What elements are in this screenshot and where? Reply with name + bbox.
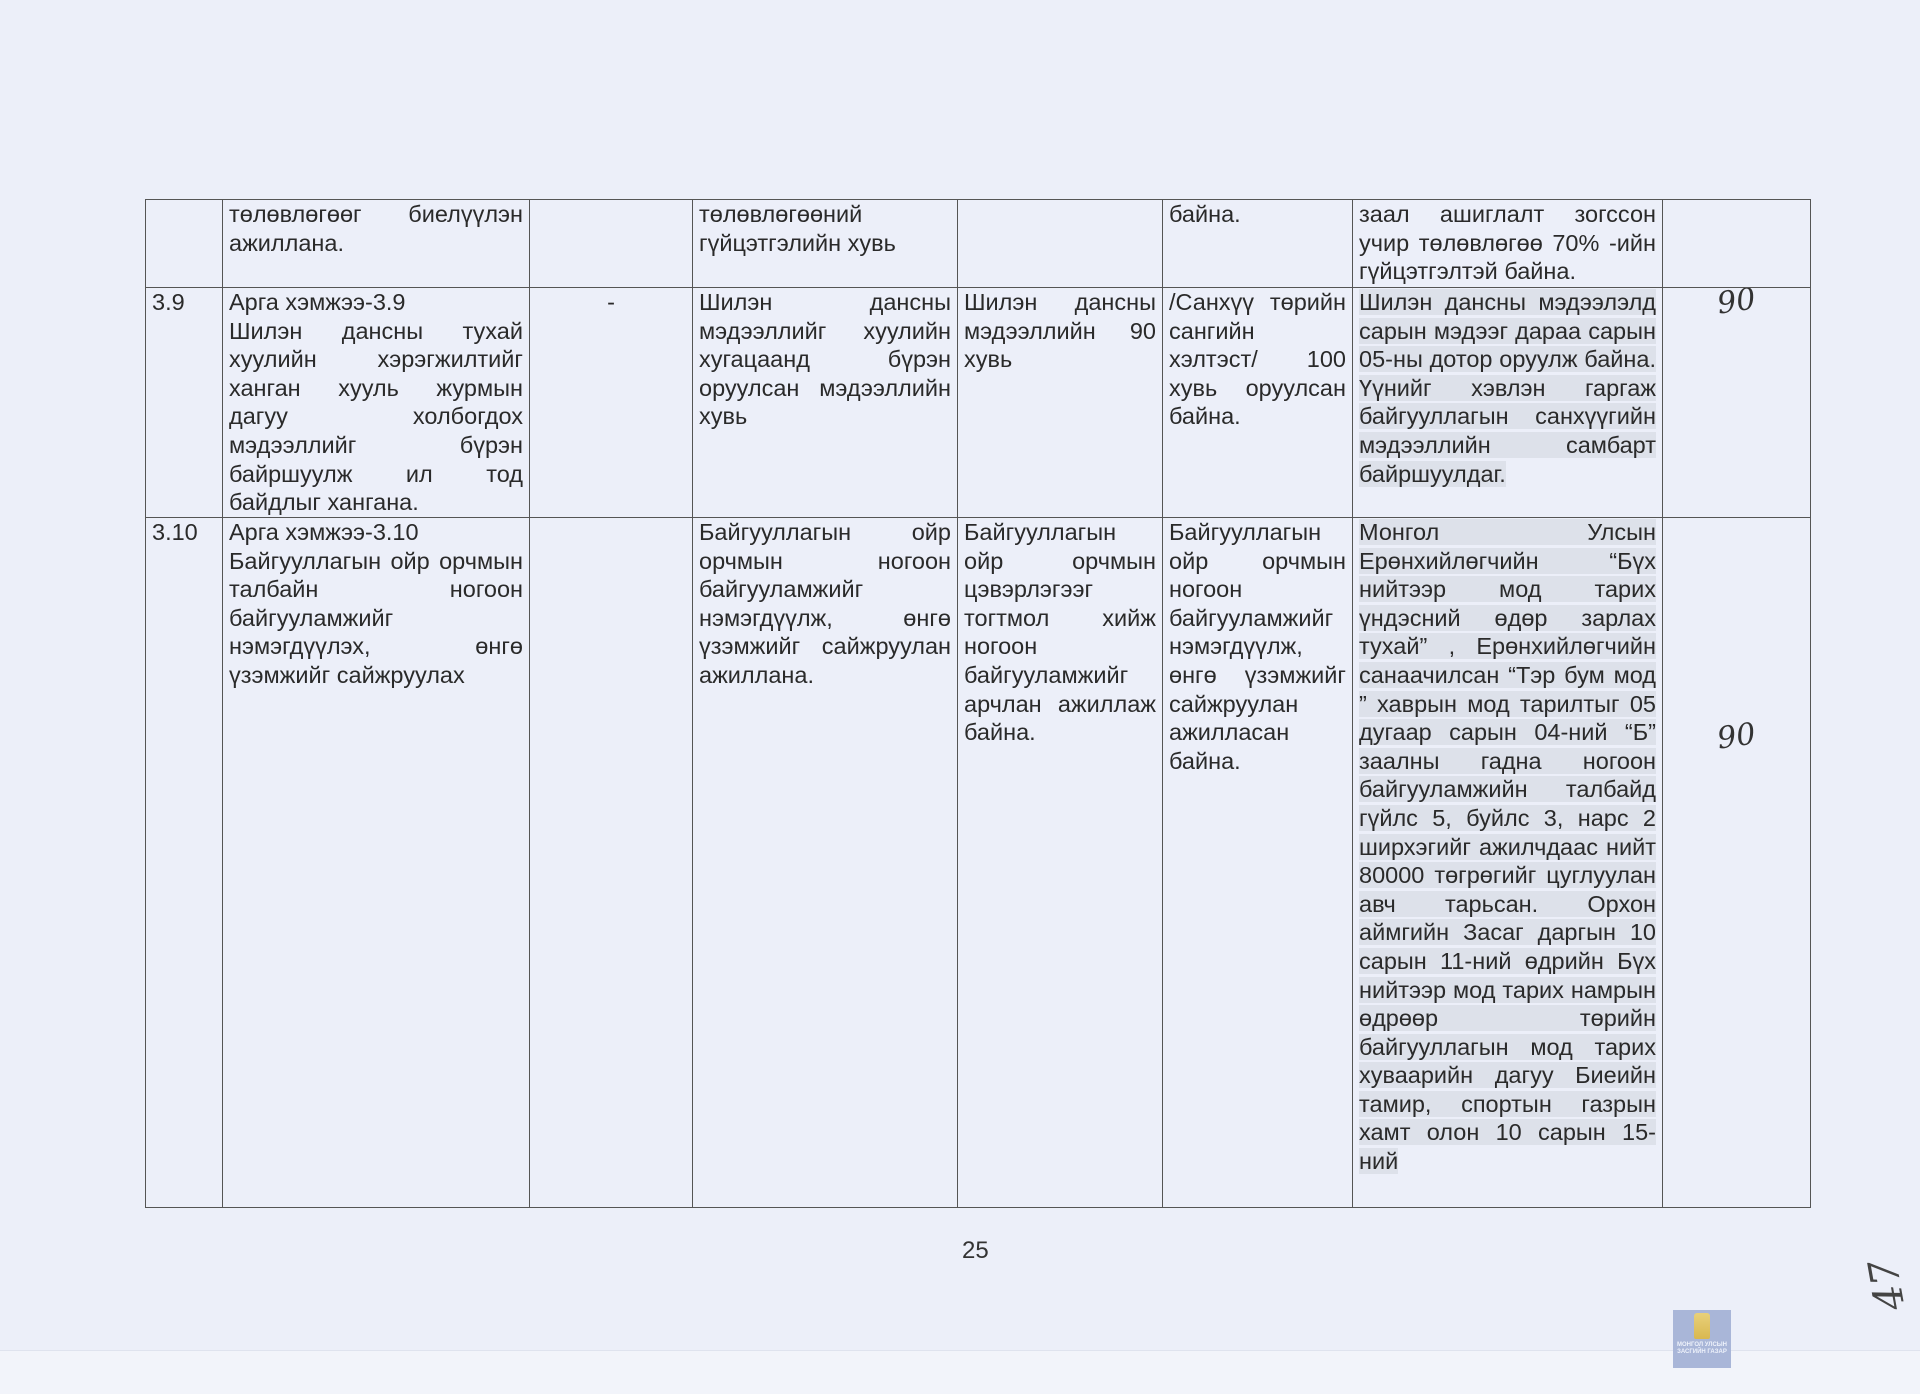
table-row: 3.10 Арга хэмжээ-3.10 Байгууллагын ойр о… [146,518,1811,1208]
result-cell: /Санхүү төрийн сангийн хэлтэст/ 100 хувь… [1163,288,1353,518]
soyombo-icon [1694,1313,1710,1339]
table-row: 3.9 Арга хэмжээ-3.9 Шилэн дансны тухай х… [146,288,1811,518]
indicator-cell: Шилэн дансны мэдээллийг хуулийн хугацаан… [693,288,958,518]
measure-title: Арга хэмжээ-3.10 [229,518,523,547]
row-id [146,200,223,288]
measure-cell: Арга хэмжээ-3.9 Шилэн дансны тухай хуули… [223,288,530,518]
plan-table: төлөвлөгөөг биелүүлэн ажиллана. төлөвлөг… [145,199,1811,1208]
target-cell: Шилэн дансны мэдээллийн 90 хувь [958,288,1163,518]
indicator-cell: төлөвлөгөөний гүйцэтгэлийн хувь [693,200,958,288]
measure-text: Байгууллагын ойр орчмын талбайн ногоон б… [229,547,523,690]
baseline-cell: - [530,288,693,518]
report-cell: заал ашиглалт зогссон учир төлөвлөгөө 70… [1353,200,1663,288]
margin-handwriting: 47 [1860,1256,1914,1314]
target-cell [958,200,1163,288]
measure-cell: Арга хэмжээ-3.10 Байгууллагын ойр орчмын… [223,518,530,1208]
result-cell: байна. [1163,200,1353,288]
measure-title: Арга хэмжээ-3.9 [229,288,523,317]
handwritten-score: 90 [1668,714,1806,761]
score-cell [1663,200,1811,288]
row-id: 3.9 [146,288,223,518]
target-cell: Байгууллагын ойр орчмын цэвэрлэгээг тогт… [958,518,1163,1208]
emblem-text: МОНГОЛ УЛСЫН ЗАСГИЙН ГАЗАР [1673,1342,1731,1356]
row-id: 3.10 [146,518,223,1208]
report-text: Монгол Улсын Ерөнхийлөгчийн “Бүх нийтээр… [1359,519,1656,1174]
government-emblem: МОНГОЛ УЛСЫН ЗАСГИЙН ГАЗАР [1673,1310,1731,1368]
measure-cell: төлөвлөгөөг биелүүлэн ажиллана. [223,200,530,288]
score-cell: 90 [1663,518,1811,1208]
measure-text: Шилэн дансны тухай хуулийн хэрэгжилтийг … [229,317,523,517]
score-cell: 90 [1663,288,1811,518]
baseline-cell [530,200,693,288]
result-cell: Байгууллагын ойр орчмын ногоон байгуулам… [1163,518,1353,1208]
indicator-cell: Байгууллагын ойр орчмын ногоон байгуулам… [693,518,958,1208]
baseline-cell [530,518,693,1208]
report-text: Шилэн дансны мэдээлэлд сарын мэдээг дара… [1359,289,1656,487]
document-page: төлөвлөгөөг биелүүлэн ажиллана. төлөвлөг… [0,0,1920,1350]
scan-bottom-edge [0,1350,1920,1394]
report-cell: Монгол Улсын Ерөнхийлөгчийн “Бүх нийтээр… [1353,518,1663,1208]
handwritten-score: 90 [1668,288,1806,326]
table-row: төлөвлөгөөг биелүүлэн ажиллана. төлөвлөг… [146,200,1811,288]
report-cell: Шилэн дансны мэдээлэлд сарын мэдээг дара… [1353,288,1663,518]
page-number: 25 [962,1237,989,1265]
